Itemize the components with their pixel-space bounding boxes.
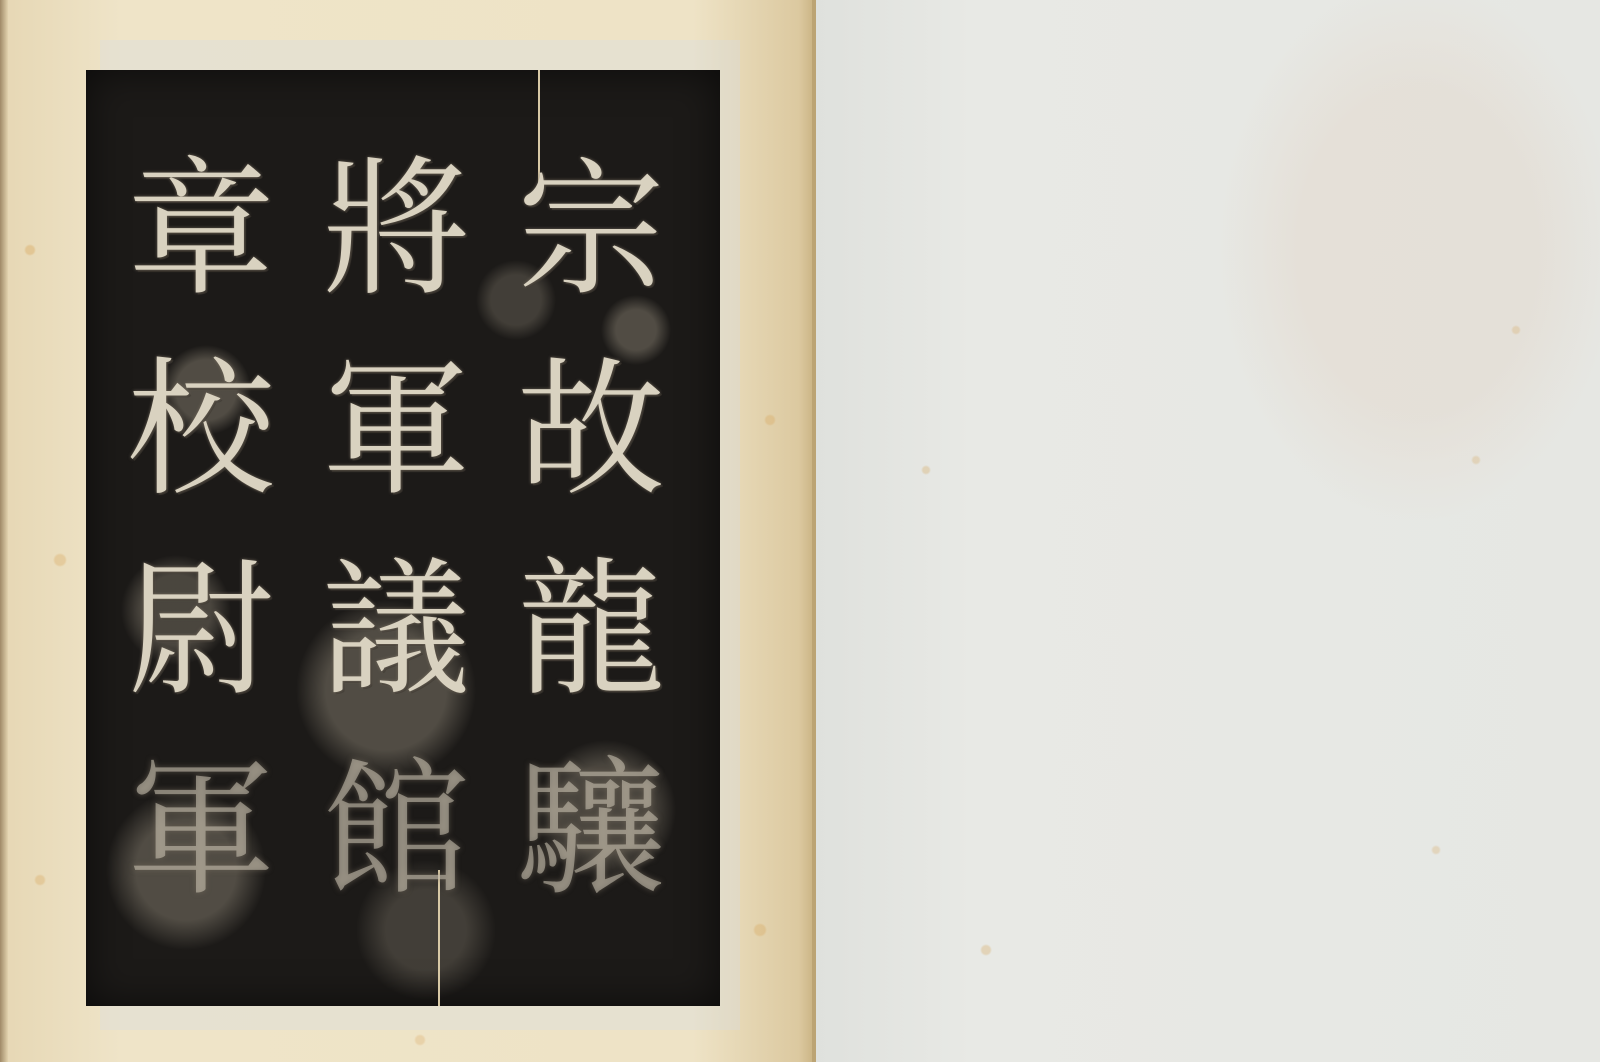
inscription-character: 議 bbox=[311, 530, 481, 730]
inscription-column-right: 宗 故 龍 驤 bbox=[491, 130, 691, 1062]
stele-rubbing: 宗 故 龍 驤 將 軍 議 館 章 校 尉 軍 bbox=[86, 70, 720, 1006]
inscription-character: 尉 bbox=[116, 530, 286, 730]
inscription-character: 驤 bbox=[506, 730, 676, 930]
inscription-character: 龍 bbox=[506, 530, 676, 730]
inscription-character: 軍 bbox=[116, 730, 286, 930]
inscription-character: 軍 bbox=[311, 330, 481, 530]
book-spine-edge bbox=[0, 0, 8, 1062]
inscription-character: 將 bbox=[311, 130, 481, 330]
inscription-character: 章 bbox=[116, 130, 286, 330]
inscription-character: 宗 bbox=[506, 130, 676, 330]
inscription-character: 校 bbox=[116, 330, 286, 530]
inscription-column-middle: 將 軍 議 館 bbox=[296, 130, 496, 1062]
inscription-character: 故 bbox=[506, 330, 676, 530]
right-page-blank bbox=[816, 0, 1600, 1062]
inscription-character: 館 bbox=[311, 730, 481, 930]
inscription-column-left: 章 校 尉 軍 bbox=[101, 130, 301, 1062]
left-page: 宗 故 龍 驤 將 軍 議 館 章 校 尉 軍 bbox=[0, 0, 815, 1062]
